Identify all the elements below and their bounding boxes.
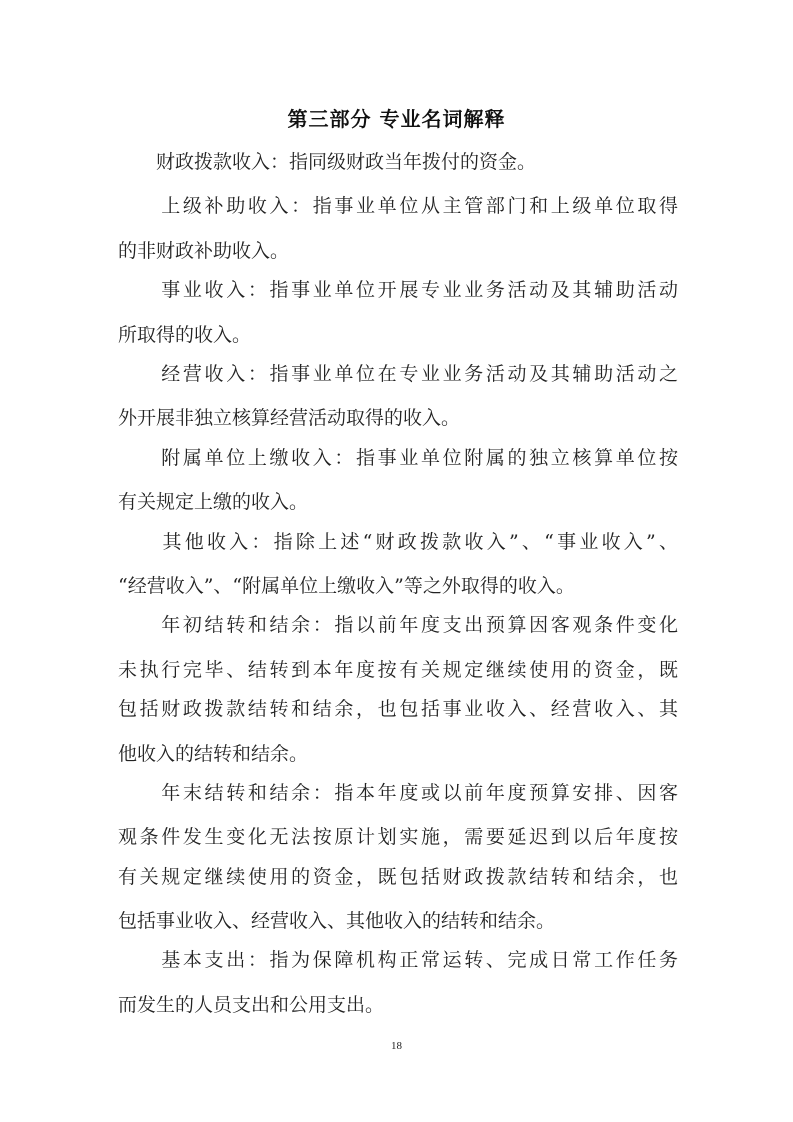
document-page: 第三部分 专业名词解释 财政拨款收入：指同级财政当年拨付的资金。 上级补助收入：… <box>0 0 793 1122</box>
text-line: 经营收入：指事业单位在专业业务活动及其辅助活动之 <box>118 359 678 386</box>
text-line: 基本支出：指为保障机构正常运转、完成日常工作任务 <box>118 945 678 972</box>
text-line: 他收入的结转和结余。 <box>118 739 678 766</box>
text-line: 财政拨款收入：指同级财政当年拨付的资金。 <box>118 147 678 174</box>
text-line: 有关规定继续使用的资金，既包括财政拨款结转和结余，也 <box>118 862 678 889</box>
text-line: 年末结转和结余：指本年度或以前年度预算安排、因客 <box>118 778 678 805</box>
text-line: “经营收入”、“附属单位上缴收入”等之外取得的收入。 <box>118 571 678 598</box>
text-line: 附属单位上缴收入：指事业单位附属的独立核算单位按 <box>118 443 678 470</box>
text-line: 其他收入：指除上述“财政拨款收入”、“事业收入”、 <box>118 527 678 554</box>
text-line: 所取得的收入。 <box>118 320 678 347</box>
text-line: 外开展非独立核算经营活动取得的收入。 <box>118 403 678 430</box>
text-line: 包括事业收入、经营收入、其他收入的结转和结余。 <box>118 906 678 933</box>
text-line: 的非财政补助收入。 <box>118 236 678 263</box>
text-line: 观条件发生变化无法按原计划实施，需要延迟到以后年度按 <box>118 822 678 849</box>
text-line: 上级补助收入：指事业单位从主管部门和上级单位取得 <box>118 191 678 218</box>
text-line: 事业收入：指事业单位开展专业业务活动及其辅助活动 <box>118 275 678 302</box>
text-line: 有关规定上缴的收入。 <box>118 487 678 514</box>
page-title: 第三部分 专业名词解释 <box>0 103 793 132</box>
text-line: 年初结转和结余：指以前年度支出预算因客观条件变化 <box>118 610 678 637</box>
text-line: 包括财政拨款结转和结余，也包括事业收入、经营收入、其 <box>118 694 678 721</box>
text-line: 未执行完毕、结转到本年度按有关规定继续使用的资金，既 <box>118 655 678 682</box>
page-number: 18 <box>0 1040 793 1052</box>
text-line: 而发生的人员支出和公用支出。 <box>118 990 678 1017</box>
